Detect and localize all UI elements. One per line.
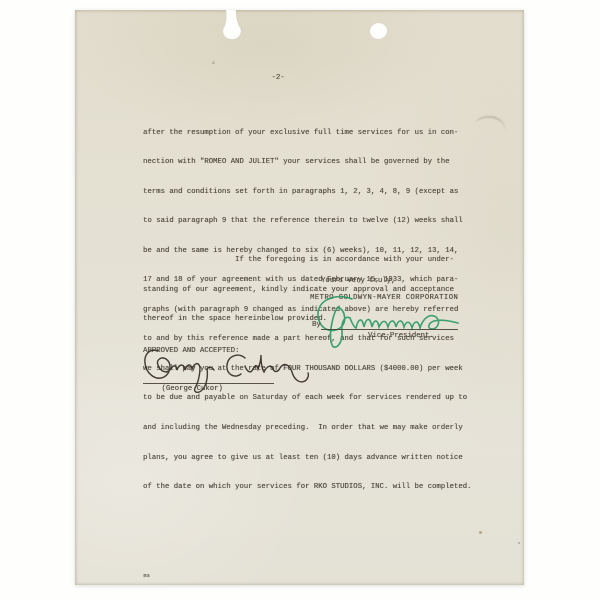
closing-salutation: Yours very truly, [321,277,395,287]
punch-holes [75,10,524,60]
by-label: By [312,321,321,331]
stain-speck [518,542,520,544]
typed-line: If the foregoing is in accordance with y… [143,256,454,266]
typed-line: and including the Wednesday preceding. I… [143,424,471,434]
torn-punch-hole-icon [223,10,241,39]
oval-punch-hole-icon [368,21,388,40]
typed-line: nection with "ROMEO AND JULIET" your ser… [143,158,471,168]
typed-line: of the date on which your services for R… [143,483,471,493]
typed-line: after the resumption of your exclusive f… [143,129,471,139]
signature-line [321,329,458,330]
stain-speck [479,531,482,534]
typed-signer-name: (George Cukor) [162,385,223,395]
typed-line: terms and conditions set forth in paragr… [143,188,471,198]
typed-line: to said paragraph 9 that the reference t… [143,217,471,227]
acceptance-signature-line [143,383,274,384]
typed-line: plans, you agree to give us at least ten… [143,454,471,464]
page-number: -2- [272,74,285,84]
stray-ink-mark: a [212,61,215,66]
vice-president-signature-green-ink [308,293,465,355]
document-page: a -2- after the resumption of your exclu… [75,10,524,585]
pencil-smudge [474,114,508,136]
signer-title: Vice-President. [368,332,434,342]
corner-mark: ms [144,573,151,579]
